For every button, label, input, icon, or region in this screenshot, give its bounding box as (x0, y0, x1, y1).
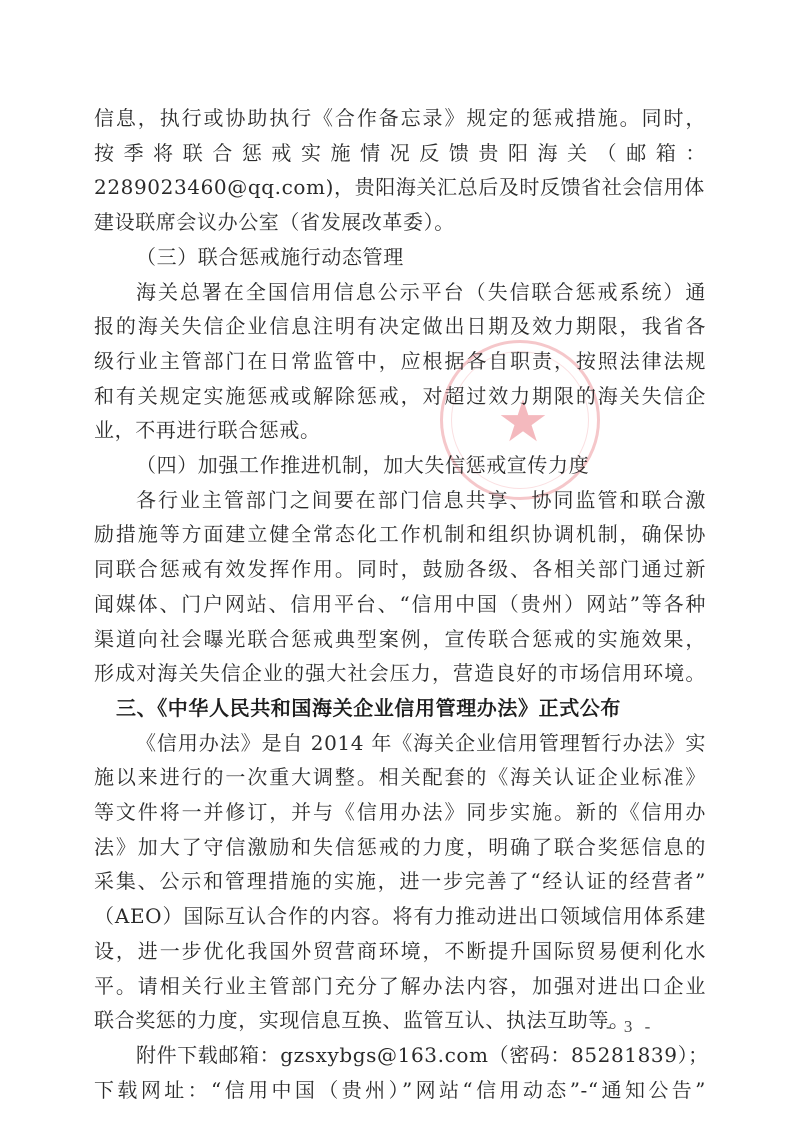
text-line: 按季将联合惩戒实施情况反馈贵阳海关（邮箱： (94, 136, 706, 171)
text-line: 和有关规定实施惩戒或解除惩戒，对超过效力期限的海关失信企 (94, 379, 706, 414)
text-line: 形成对海关失信企业的强大社会压力，营造良好的市场信用环境。 (94, 656, 706, 691)
text-line: 海关总署在全国信用信息公示平台（失信联合惩戒系统）通 (94, 275, 706, 310)
text-line: 2289023460@qq.com)，贵阳海关汇总后及时反馈省社会信用体系 (94, 170, 706, 205)
attachment-url-line: 下载网址：“信用中国（贵州）”网站“信用动态”-“通知公告” (94, 1073, 706, 1108)
text-line: 业，不再进行联合惩戒。 (94, 413, 706, 448)
text-line: 闻媒体、门户网站、信用平台、“信用中国（贵州）网站”等各种 (94, 587, 706, 622)
section-heading: （四）加强工作推进机制，加大失信惩戒宣传力度 (94, 448, 706, 483)
section-4: （四）加强工作推进机制，加大失信惩戒宣传力度 各行业主管部门之间要在部门信息共享… (94, 448, 706, 691)
page-number: - 3 - (606, 1017, 654, 1037)
text-line: 渠道向社会曝光联合惩戒典型案例，宣传联合惩戒的实施效果， (94, 622, 706, 657)
text-line: 建设联席会议办公室（省发展改革委）。 (94, 205, 706, 240)
text-line: 同联合惩戒有效发挥作用。同时，鼓励各级、各相关部门通过新 (94, 552, 706, 587)
paragraph-continued: 信息，执行或协助执行《合作备忘录》规定的惩戒措施。同时， 按季将联合惩戒实施情况… (94, 101, 706, 240)
text-line: （AEO）国际互认合作的内容。将有力推动进出口领域信用体系建 (94, 899, 706, 934)
text-line: 《信用办法》是自 2014 年《海关企业信用管理暂行办法》实 (94, 726, 706, 761)
text-line: 报的海关失信企业信息注明有决定做出日期及效力期限，我省各 (94, 309, 706, 344)
text-line: 等文件将一并修订，并与《信用办法》同步实施。新的《信用办 (94, 795, 706, 830)
text-line: 信息，执行或协助执行《合作备忘录》规定的惩戒措施。同时， (94, 101, 706, 136)
part-heading: 三、《中华人民共和国海关企业信用管理办法》正式公布 (94, 691, 706, 726)
section-3: （三）联合惩戒施行动态管理 海关总署在全国信用信息公示平台（失信联合惩戒系统）通… (94, 240, 706, 448)
text-line: 励措施等方面建立健全常态化工作机制和组织协调机制，确保协 (94, 517, 706, 552)
text-line: 各行业主管部门之间要在部门信息共享、协同监管和联合激 (94, 483, 706, 518)
text-line: 平。请相关行业主管部门充分了解办法内容，加强对进出口企业 (94, 969, 706, 1004)
attachment-email-line: 附件下载邮箱：gzsxybgs@163.com（密码：85281839）；附件 (94, 1038, 706, 1073)
section-heading: （三）联合惩戒施行动态管理 (94, 240, 706, 275)
part-3: 三、《中华人民共和国海关企业信用管理办法》正式公布 《信用办法》是自 2014 … (94, 691, 706, 1038)
text-line: 采集、公示和管理措施的实施，进一步完善了“经认证的经营者” (94, 864, 706, 899)
document-page: ★ 信息，执行或协助执行《合作备忘录》规定的惩戒措施。同时， 按季将联合惩戒实施… (0, 0, 794, 1123)
text-line: 设，进一步优化我国外贸营商环境，不断提升国际贸易便利化水 (94, 934, 706, 969)
text-line: 级行业主管部门在日常监管中，应根据各自职责，按照法律法规 (94, 344, 706, 379)
text-line: 施以来进行的一次重大调整。相关配套的《海关认证企业标准》 (94, 760, 706, 795)
attachment-info: 附件下载邮箱：gzsxybgs@163.com（密码：85281839）；附件 … (94, 1038, 706, 1107)
text-line: 法》加大了守信激励和失信惩戒的力度，明确了联合奖惩信息的 (94, 830, 706, 865)
document-body: 信息，执行或协助执行《合作备忘录》规定的惩戒措施。同时， 按季将联合惩戒实施情况… (94, 101, 706, 1107)
